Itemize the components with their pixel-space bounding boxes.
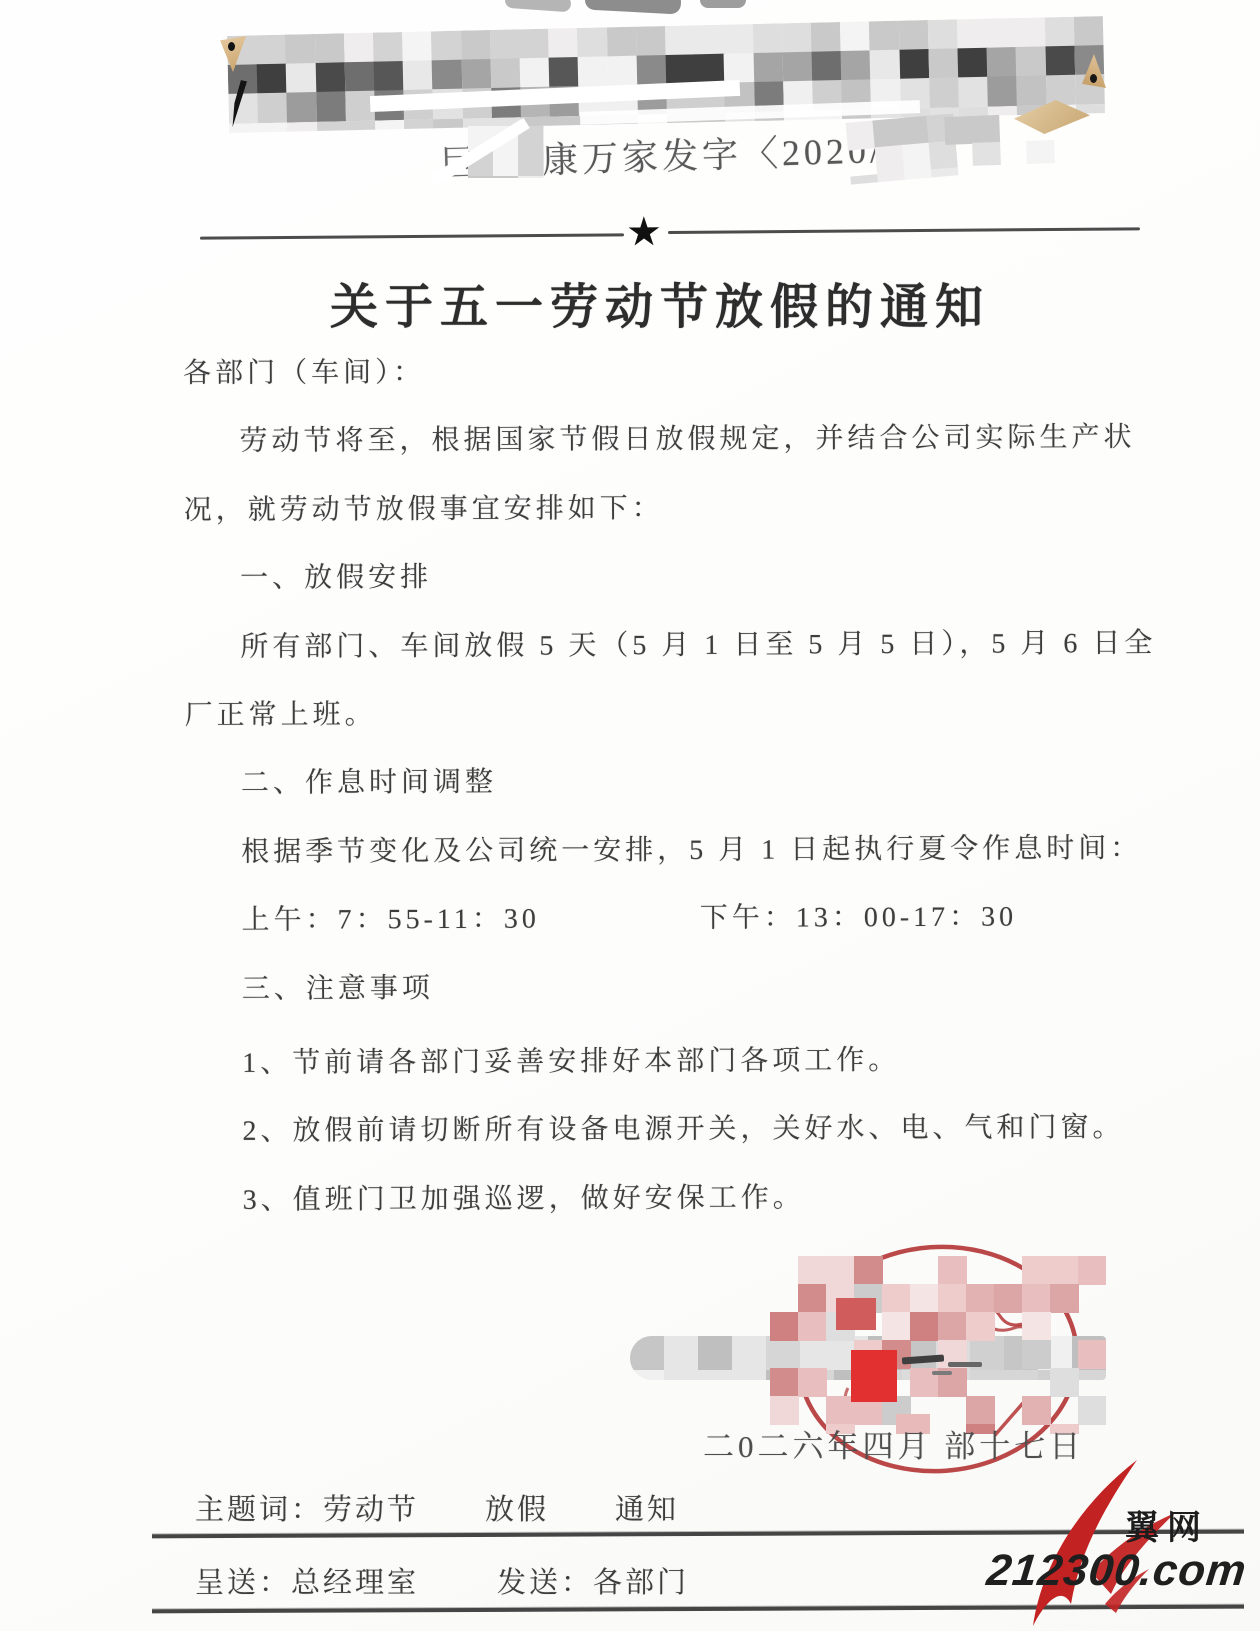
keyword: 劳动节 (323, 1494, 419, 1526)
delivery-row: 呈送：总经理室发送：各部门 (195, 1560, 689, 1601)
mosaic-block (971, 115, 1000, 144)
mosaic-block (869, 21, 899, 51)
keywords-row: 主题词：劳动节放假通知 (195, 1487, 679, 1528)
scanned-notice-document: 巨康万家发字〈2020/05 ★ 关于五一劳动节放假的通知 各部门（车间）： 劳… (0, 0, 1260, 1631)
mosaic-block (898, 20, 928, 50)
mosaic-block (812, 51, 842, 81)
mosaic-block (1044, 17, 1074, 47)
mosaic-block (875, 145, 905, 175)
mosaic-block (228, 94, 258, 124)
mosaic-block (315, 62, 345, 92)
mosaic-block (811, 22, 841, 52)
mosaic-block (698, 1336, 733, 1371)
body-line: 3、值班门卫加强巡逻，做好安保工作。 (187, 1174, 1172, 1247)
mosaic-block (752, 23, 782, 53)
mosaic-block (317, 121, 347, 133)
mosaic-block (315, 33, 345, 63)
mosaic-block (431, 31, 461, 61)
mosaic-block (938, 1312, 967, 1341)
mosaic-block (882, 1284, 911, 1313)
mosaic-block (287, 122, 317, 133)
mosaic-block (461, 30, 491, 60)
document-title: 关于五一劳动节放假的通知 (185, 268, 1135, 337)
mosaic-block (694, 25, 724, 55)
mosaic-block (1078, 1340, 1106, 1369)
mosaic-block (723, 24, 753, 54)
mosaic-block (994, 1284, 1023, 1313)
mosaic-block (986, 18, 1016, 48)
divider-line-left (200, 233, 624, 239)
mosaic-block (902, 143, 932, 173)
mosaic-block (607, 56, 637, 86)
mosaic-block (1026, 140, 1055, 167)
mosaic-block (782, 52, 812, 82)
mosaic-block (257, 64, 287, 94)
mosaic-block (958, 77, 988, 107)
watermark-logo: 翼网 212300.com (1015, 1450, 1260, 1631)
mosaic-block (798, 1256, 827, 1285)
ink-dot (1090, 74, 1097, 83)
mosaic-block (1046, 75, 1076, 105)
mosaic-block (1074, 16, 1104, 46)
mosaic-block (1045, 46, 1075, 76)
mosaic-block (258, 122, 288, 133)
mosaic-block (1050, 1256, 1079, 1285)
mosaic-block (798, 1368, 827, 1397)
mosaic-block (877, 172, 907, 185)
mosaic-block (972, 142, 1001, 167)
mosaic-block (630, 1370, 665, 1380)
ink-dot (228, 42, 235, 51)
keywords-label: 主题词： (195, 1494, 323, 1526)
body-line: 二、作息时间调整 (185, 757, 1170, 830)
mosaic-block (543, 176, 544, 178)
mosaic-block (403, 60, 433, 90)
mosaic-block (870, 50, 900, 80)
mosaic-block (910, 1284, 939, 1313)
body-line: 一、放假安排 (184, 552, 1169, 625)
mosaic-block (316, 92, 346, 122)
mosaic-block (344, 62, 374, 92)
body-line: 所有部门、车间放假 5 天（5 月 1 日至 5 月 5 日），5 月 6 日全 (184, 620, 1169, 693)
mosaic-block (1016, 47, 1046, 77)
mosaic-block (520, 58, 550, 88)
mosaic-block (882, 1312, 911, 1341)
mosaic-block (782, 23, 812, 53)
mosaic-block (287, 92, 317, 122)
mosaic-block (518, 151, 544, 177)
mosaic-block (374, 61, 404, 91)
mosaic-block (846, 120, 876, 150)
mosaic-block (665, 25, 695, 55)
ink-dash (948, 1362, 982, 1367)
mosaic-block (636, 26, 666, 56)
body-line: 2、放假前请切断所有设备电源开关，关好水、电、气和门窗。 (186, 1105, 1171, 1178)
censor-patch (846, 113, 959, 184)
seal-red-block (851, 1350, 897, 1402)
mosaic-block (698, 1370, 733, 1380)
mosaic-block (577, 27, 607, 57)
mosaic-block (966, 1312, 995, 1341)
mosaic-block (929, 78, 959, 108)
mosaic-block (468, 176, 494, 178)
mosaic-block (798, 1284, 827, 1313)
body-line: 上午：7：55-11：30 下午：13：00-17：30 (185, 894, 1170, 967)
mosaic-block (938, 1256, 967, 1285)
logo-site-name: 翼网 (1125, 1500, 1209, 1549)
mosaic-block (1017, 76, 1047, 106)
mosaic-block (1022, 1340, 1051, 1369)
mosaic-block (987, 76, 1017, 106)
mosaic-block (404, 119, 434, 133)
mosaic-block (549, 57, 579, 87)
mosaic-block (826, 1256, 855, 1285)
mosaic-block (732, 1370, 767, 1380)
mosaic-block (899, 49, 929, 79)
mosaic-block (490, 58, 520, 88)
mosaic-block (636, 55, 666, 85)
mosaic-block (910, 1312, 939, 1341)
mosaic-block (432, 60, 462, 90)
mosaic-block (1078, 1256, 1106, 1285)
mosaic-block (543, 151, 544, 177)
mosaic-block (928, 19, 958, 49)
scan-artifact (505, 0, 572, 12)
seal-red-block (836, 1298, 876, 1330)
keyword: 通知 (615, 1494, 679, 1526)
mosaic-block (753, 53, 783, 83)
mosaic-block (518, 176, 544, 178)
mosaic-block (1050, 1368, 1079, 1397)
mosaic-block (872, 118, 902, 148)
mosaic-block (256, 35, 286, 65)
mosaic-block (957, 19, 987, 49)
mosaic-block (607, 27, 637, 57)
mosaic-block (957, 48, 987, 78)
mosaic-block (1022, 1256, 1051, 1285)
keyword: 放假 (485, 1494, 549, 1526)
mosaic-block (375, 120, 405, 133)
scan-artifact (700, 0, 746, 8)
mosaic-block (966, 1284, 995, 1313)
censored-seal-mosaic (770, 1256, 1106, 1434)
mosaic-block (664, 1336, 699, 1371)
body-line: 1、节前请各部门妥善安排好本部门各项工作。 (186, 1037, 1171, 1110)
mosaic-block (798, 1312, 827, 1341)
divider-line-right (668, 227, 1140, 234)
mosaic-block (433, 118, 463, 133)
mosaic-block (664, 1370, 699, 1380)
send-value: 各部门 (593, 1567, 689, 1599)
mosaic-block (373, 32, 403, 62)
mosaic-block (770, 1368, 799, 1397)
body-line: 各部门（车间）： (183, 347, 1168, 420)
mosaic-block (286, 63, 316, 93)
mosaic-block (578, 57, 608, 87)
mosaic-block (630, 1336, 665, 1371)
mosaic-block (461, 59, 491, 89)
send-label: 发送： (497, 1567, 593, 1599)
mosaic-block (1050, 1284, 1079, 1313)
mosaic-block (493, 176, 519, 178)
body-line: 三、注意事项 (186, 962, 1171, 1035)
mosaic-block (928, 49, 958, 79)
mosaic-block (490, 29, 520, 59)
body-line: 劳动节将至，根据国家节假日放假规定，并结合公司实际生产状 (183, 415, 1168, 488)
mosaic-block (899, 116, 929, 146)
mosaic-block (548, 28, 578, 58)
deliver-value: 总经理室 (291, 1567, 419, 1599)
mosaic-block (344, 33, 374, 63)
body-line: 根据季节变化及公司统一安排，5 月 1 日起执行夏令作息时间： (185, 826, 1170, 899)
logo-site-url: 212300.com (984, 1546, 1249, 1596)
mosaic-block (987, 47, 1017, 77)
document-body: 各部门（车间）： 劳动节将至，根据国家节假日放假规定，并结合公司实际生产状 况，… (183, 347, 1172, 1246)
mosaic-block (519, 29, 549, 59)
mosaic-block (1022, 1312, 1051, 1341)
mosaic-block (938, 1284, 967, 1313)
mosaic-block (854, 1256, 883, 1285)
mosaic-block (550, 116, 580, 133)
mosaic-block (1022, 1284, 1051, 1313)
mosaic-block (493, 151, 519, 177)
body-line: 厂正常上班。 (185, 689, 1170, 762)
mosaic-block (1015, 17, 1045, 47)
star-divider: ★ (200, 216, 1140, 253)
mosaic-block (944, 116, 973, 145)
deliver-label: 呈送： (195, 1567, 291, 1599)
mosaic-block (931, 167, 959, 184)
ink-dash (932, 1371, 952, 1375)
mosaic-block (850, 174, 880, 184)
mosaic-block (840, 21, 870, 51)
mosaic-block (770, 1312, 799, 1341)
mosaic-block (229, 123, 259, 133)
mosaic-block (543, 126, 544, 152)
mosaic-block (346, 120, 376, 133)
star-icon: ★ (626, 212, 662, 252)
mosaic-block (285, 34, 315, 64)
scan-artifact (584, 0, 681, 14)
mosaic-block (732, 1336, 767, 1371)
mosaic-block (258, 93, 288, 123)
censor-patch (944, 111, 1108, 167)
mosaic-block (841, 51, 871, 81)
mosaic-block (402, 31, 432, 61)
body-line: 况，就劳动节放假事宜安排如下： (184, 484, 1169, 557)
mosaic-block (666, 55, 696, 85)
mosaic-block (904, 170, 934, 185)
